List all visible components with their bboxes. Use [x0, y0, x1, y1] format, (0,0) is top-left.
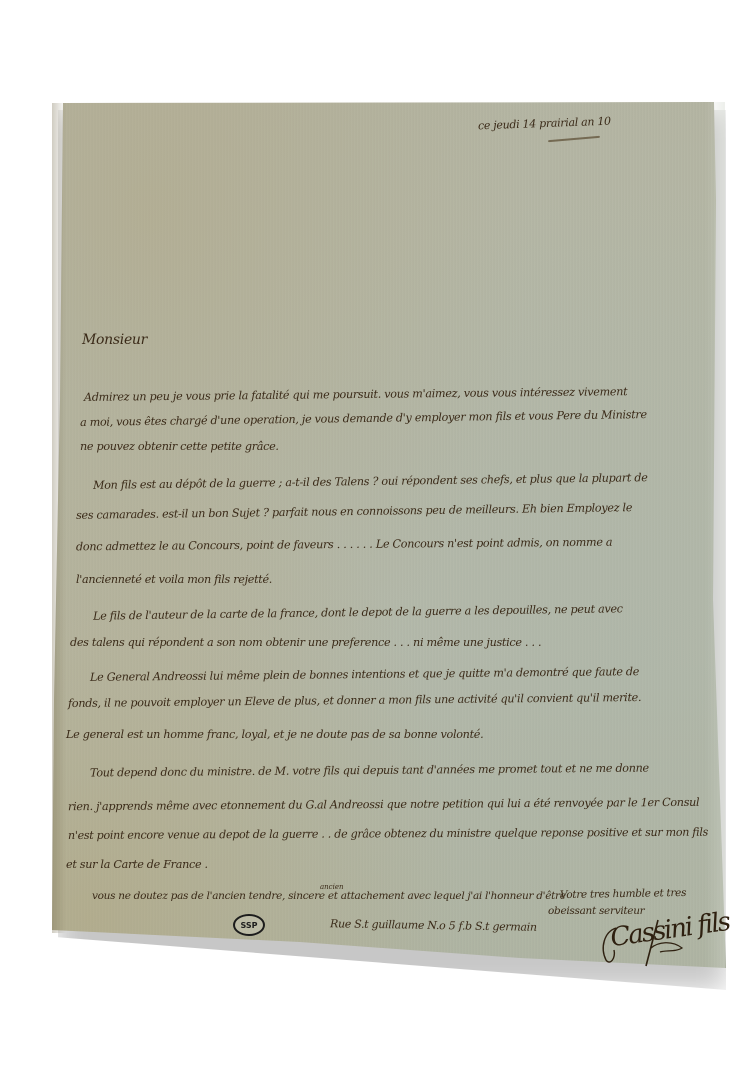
letter-scene: ce jeudi 14 prairial an 10 Monsieur Admi… — [0, 0, 748, 1080]
body-line: ne pouvez obtenir cette petite grâce. — [80, 440, 279, 454]
body-line: l'ancienneté et voila mon fils rejetté. — [76, 573, 272, 587]
page-edge-aging — [52, 103, 66, 933]
ssp-stamp: SSP — [233, 914, 265, 936]
body-line: Le general est un homme franc, loyal, et… — [66, 728, 483, 742]
closing-courtesy-1: Votre tres humble et tres — [560, 886, 686, 902]
closing-line: vous ne doutez pas de l'ancien tendre, s… — [92, 889, 566, 903]
closing-courtesy-2: obeissant serviteur — [548, 904, 644, 918]
body-line: et sur la Carte de France . — [66, 858, 208, 872]
body-line: des talens qui répondent a son nom obten… — [70, 636, 541, 650]
salutation: Monsieur — [82, 332, 147, 348]
